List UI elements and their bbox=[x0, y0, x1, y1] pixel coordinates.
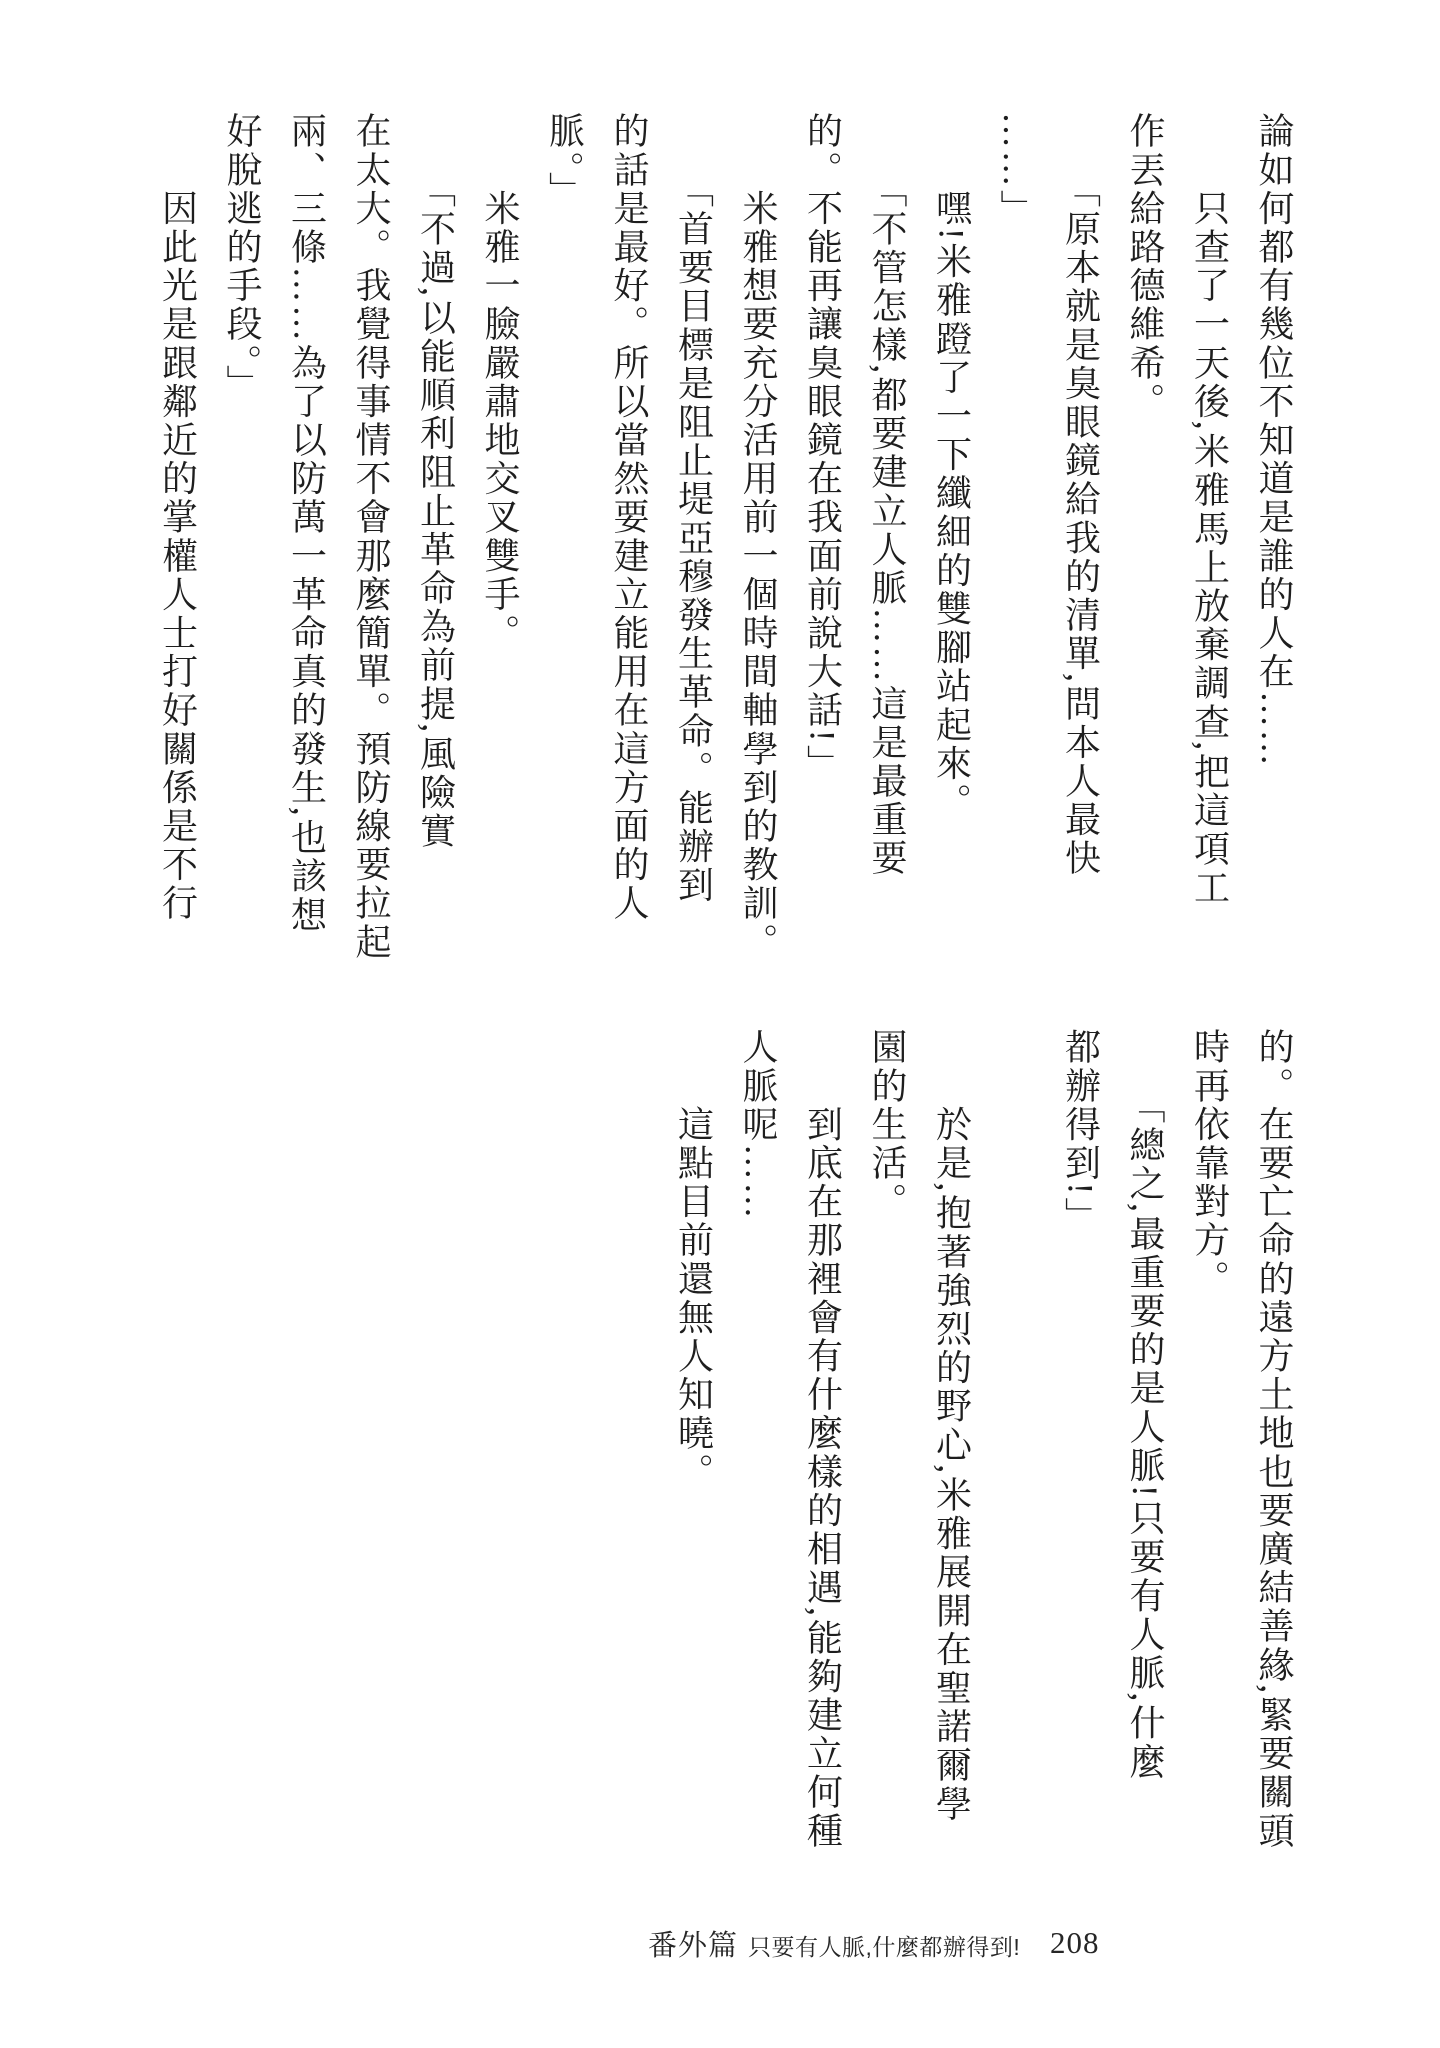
text-column: 於是,抱著強烈的野心,米雅展開在聖諾爾學 bbox=[919, 1028, 984, 1896]
text-column bbox=[984, 1028, 1049, 1896]
text-column: 「不過,以能順利阻止革命為前提,風險實 bbox=[403, 112, 468, 980]
text-column: 嘿!米雅蹬了一下纖細的雙腳站起來。 bbox=[919, 112, 984, 980]
text-block-upper: 論如何都有幾位不知道是誰的人在…… 只查了一天後,米雅馬上放棄調查,把這項工 作… bbox=[145, 112, 1306, 980]
text-column: 「原本就是臭眼鏡給我的清單,問本人最快 bbox=[1048, 112, 1113, 980]
text-column: 好脫逃的手段。」 bbox=[210, 112, 275, 980]
text-column: 因此光是跟鄰近的掌權人士打好關係是不行 bbox=[145, 112, 210, 980]
text-column: 米雅一臉嚴肅地交叉雙手。 bbox=[468, 112, 533, 980]
text-column: 「總之,最重要的是人脈!只要有人脈,什麼 bbox=[1113, 1028, 1178, 1896]
text-column: 這點目前還無人知曉。 bbox=[661, 1028, 726, 1896]
text-column: 園的生活。 bbox=[855, 1028, 920, 1896]
text-column: 只查了一天後,米雅馬上放棄調查,把這項工 bbox=[1177, 112, 1242, 980]
text-column: 人脈呢…… bbox=[726, 1028, 791, 1896]
book-page: 論如何都有幾位不知道是誰的人在…… 只查了一天後,米雅馬上放棄調查,把這項工 作… bbox=[0, 0, 1440, 2048]
text-column: 的話是最好。所以當然要建立能用在這方面的人 bbox=[597, 112, 662, 980]
text-column: 論如何都有幾位不知道是誰的人在…… bbox=[1242, 112, 1307, 980]
text-column: 作丟給路德維希。 bbox=[1113, 112, 1178, 980]
text-column: 到底在那裡會有什麼樣的相遇,能夠建立何種 bbox=[790, 1028, 855, 1896]
page-footer: 番外篇只要有人脈,什麼都辦得到! bbox=[648, 1923, 1020, 1964]
text-column: 「不管怎樣,都要建立人脈……這是最重要 bbox=[855, 112, 920, 980]
text-column: 時再依靠對方。 bbox=[1177, 1028, 1242, 1896]
footer-section-label: 番外篇 bbox=[648, 1930, 738, 1962]
text-block-lower: 的。在要亡命的遠方土地也要廣結善緣,緊要關頭 時再依靠對方。 「總之,最重要的是… bbox=[661, 1028, 1306, 1896]
footer-chapter-title: 只要有人脈,什麼都辦得到! bbox=[748, 1934, 1020, 1960]
text-column: 「首要目標是阻止堤亞穆發生革命。能辦到 bbox=[661, 112, 726, 980]
text-column: 都辦得到!」 bbox=[1048, 1028, 1113, 1896]
text-column: ……」 bbox=[984, 112, 1049, 980]
text-column: 的。不能再讓臭眼鏡在我面前說大話!」 bbox=[790, 112, 855, 980]
text-column: 的。在要亡命的遠方土地也要廣結善緣,緊要關頭 bbox=[1242, 1028, 1307, 1896]
text-column: 脈。」 bbox=[532, 112, 597, 980]
page-number: 208 bbox=[1050, 1925, 1100, 1961]
text-column: 米雅想要充分活用前一個時間軸學到的教訓。 bbox=[726, 112, 791, 980]
text-column: 在太大。我覺得事情不會那麼簡單。預防線要拉起 bbox=[339, 112, 404, 980]
text-column: 兩、三條……為了以防萬一革命真的發生,也該想 bbox=[274, 112, 339, 980]
